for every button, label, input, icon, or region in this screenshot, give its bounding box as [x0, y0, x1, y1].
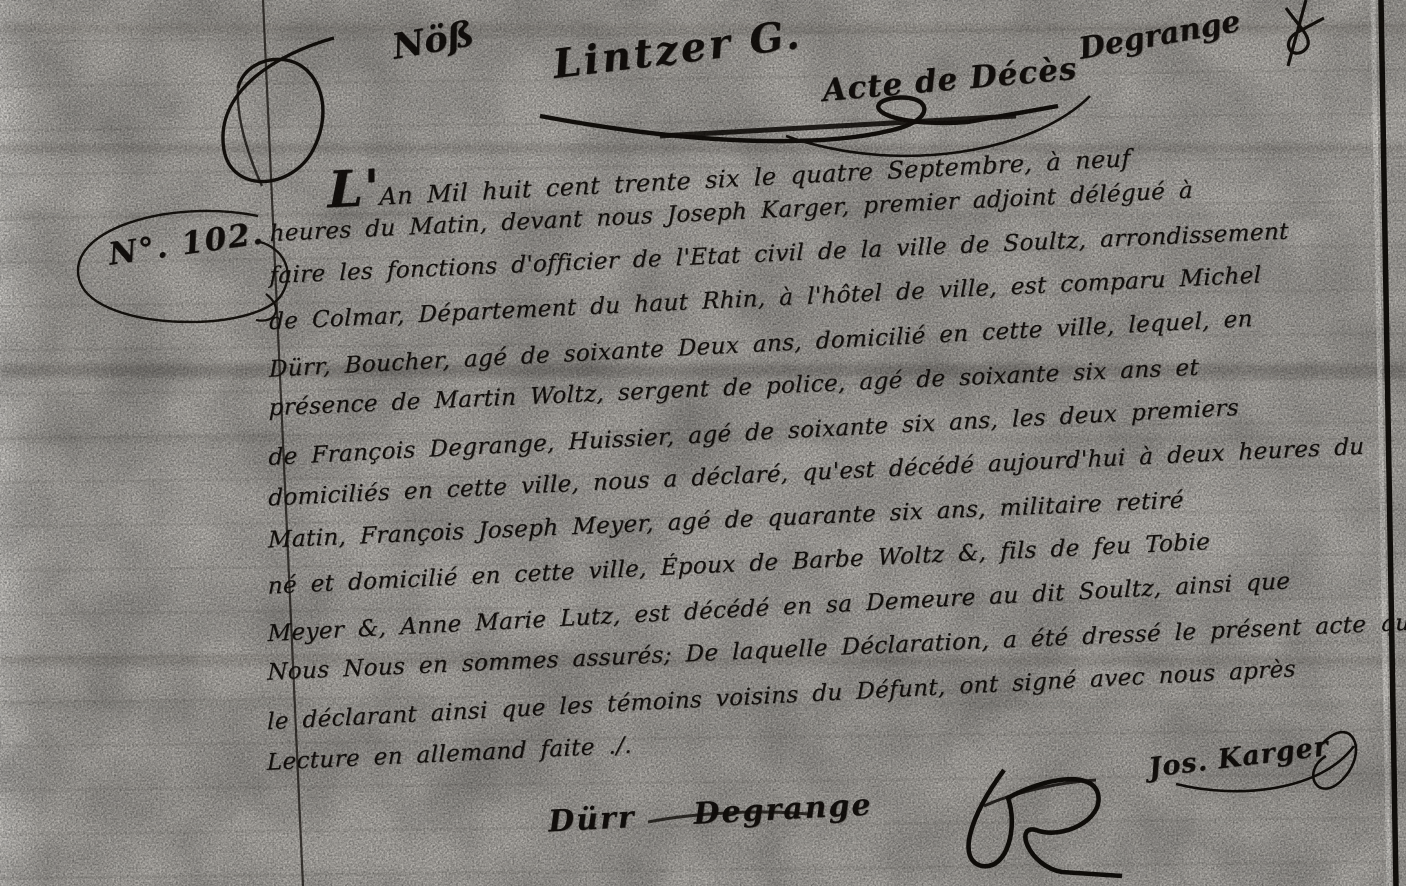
signature-declarant: Dürr: [547, 800, 636, 840]
scanned-death-record-page: Nöß Lintzer G. Degrange Acte de Décès N°…: [0, 0, 1406, 886]
manuscript-body: L'An Mil huit cent trente six le quatre …: [267, 114, 1406, 785]
